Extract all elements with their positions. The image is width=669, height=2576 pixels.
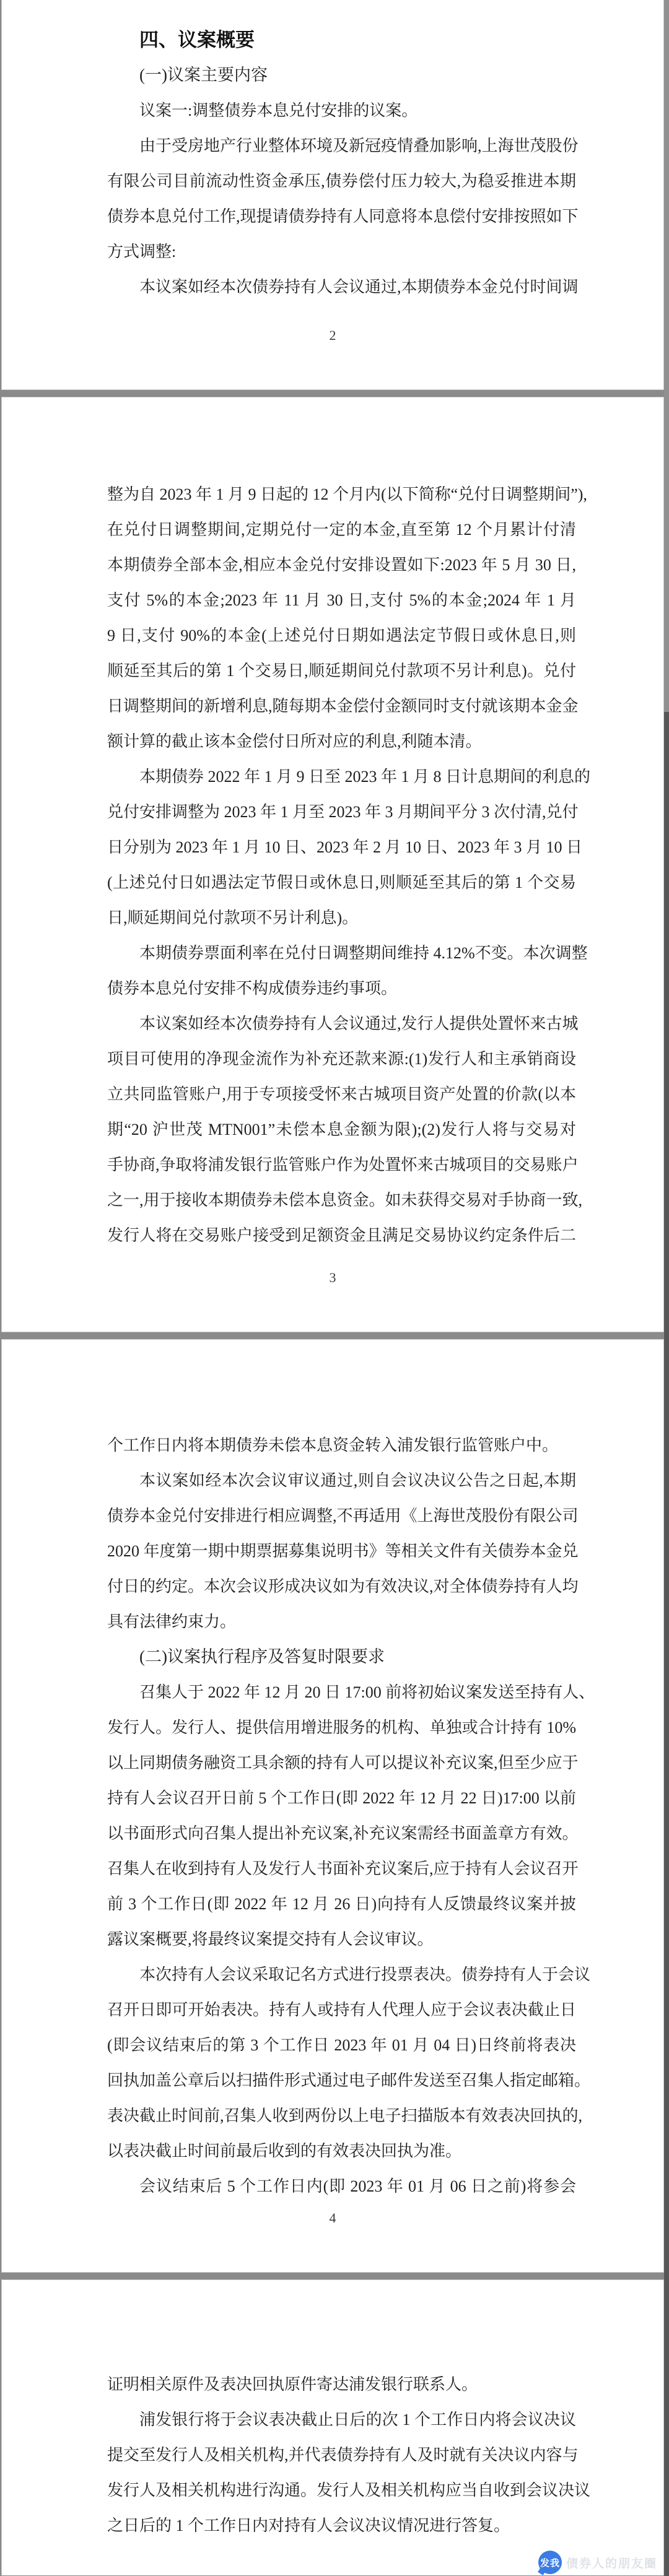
text-line: 召集人在收到持有人及发行人书面补充议案后,应于持有人会议召开 [107, 1851, 576, 1886]
text-line: 额计算的截止该本金偿付日所对应的利息,利随本清。 [107, 724, 576, 759]
document-page: 个工作日内将本期债券未偿本息资金转入浦发银行监管账户中。本议案如经本次会议审议通… [1, 1339, 664, 2273]
text-line: 付日的约定。本次会议形成决议如为有效决议,对全体债券持有人均 [107, 1569, 576, 1604]
page-number: 2 [2, 326, 663, 345]
text-line: 方式调整: [107, 234, 576, 269]
text-line: 9 日,支付 90%的本金(上述兑付日期如遇法定节假日或休息日,则 [107, 618, 576, 653]
text-line: 本次持有人会议采取记名方式进行投票表决。债券持有人于会议 [107, 1957, 576, 1992]
text-line: 在兑付日调整期间,定期兑付一定的本金,直至第 12 个月累计付清 [107, 512, 576, 547]
text-line: 债券本息兑付安排不构成债券违约事项。 [107, 971, 576, 1006]
text-line: 以上同期债务融资工具余额的持有人可以提议补充议案,但至少应于 [107, 1745, 576, 1780]
text-line: 手协商,争取将浦发银行监管账户作为处置怀来古城项目的交易账户 [107, 1147, 576, 1182]
text-line: 回执加盖公章后以扫描件形式通过电子邮件发送至召集人指定邮箱。 [107, 2063, 576, 2098]
text-line: 发行人。发行人、提供信用增进服务的机构、单独或合计持有 10% [107, 1710, 576, 1745]
text-line: 浦发银行将于会议表决截止日后的次 1 个工作日内将会议决议 [107, 2402, 576, 2437]
text-line: 债券本息兑付工作,现提请债券持有人同意将本息偿付安排按照如下 [107, 199, 576, 234]
text-line: 个工作日内将本期债券未偿本息资金转入浦发银行监管账户中。 [107, 1428, 576, 1463]
text-line: 证明相关原件及表决回执原件寄达浦发银行联系人。 [107, 2367, 576, 2402]
brand-watermark: 发我债券人的朋友圈 [538, 2551, 657, 2574]
text-line: 具有法律约束力。 [107, 1604, 576, 1639]
text-line: (即会议结束后的第 3 个工作日 2023 年 01 月 04 日)日终前将表决 [107, 2027, 576, 2063]
text-line: 召集人于 2022 年 12 月 20 日 17:00 前将初始议案发送至持有人… [107, 1675, 576, 1710]
document-page: 证明相关原件及表决回执原件寄达浦发银行联系人。浦发银行将于会议表决截止日后的次 … [1, 2279, 664, 2575]
subsection-heading: (二)议案执行程序及答复时限要求 [107, 1639, 576, 1675]
text-line: 持有人会议召开日前 5 个工作日(即 2022 年 12 月 22 日)17:0… [107, 1780, 576, 1816]
document-page: 四、议案概要(一)议案主要内容议案一:调整债券本息兑付安排的议案。由于受房地产行… [1, 0, 664, 390]
text-line: 日分别为 2023 年 1 月 10 日、2023 年 2 月 10 日、202… [107, 830, 576, 865]
text-line: 期“20 沪世茂 MTN001”未偿本息金额为限);(2)发行人将与交易对 [107, 1112, 576, 1147]
text-line: 支付 5%的本金;2023 年 11 月 30 日,支付 5%的本金;2024 … [107, 583, 576, 618]
text-line: 以书面形式向召集人提出补充议案,补充议案需经书面盖章方有效。 [107, 1816, 576, 1851]
text-line: 会议结束后 5 个工作日内(即 2023 年 01 月 06 日之前)将参会 [107, 2169, 576, 2204]
text-line: 发行人将在交易账户接受到足额资金且满足交易协议约定条件后二 [107, 1218, 576, 1253]
text-line: 2020 年度第一期中期票据募集说明书》等相关文件有关债券本金兑 [107, 1533, 576, 1569]
text-line: 本期债券票面利率在兑付日调整期间维持 4.12%不变。本次调整 [107, 935, 576, 971]
scrollbar-thumb[interactable] [664, 0, 669, 712]
text-line: 债券本金兑付安排进行相应调整,不再适用《上海世茂股份有限公司 [107, 1498, 576, 1533]
text-line: 本期债券 2022 年 1 月 9 日至 2023 年 1 月 8 日计息期间的… [107, 759, 576, 794]
text-line: 前 3 个工作日(即 2022 年 12 月 26 日)向持有人反馈最终议案并披 [107, 1886, 576, 1922]
text-line: 立共同监管账户,用于专项接受怀来古城项目资产处置的价款(以本 [107, 1077, 576, 1112]
text-line: 由于受房地产行业整体环境及新冠疫情叠加影响,上海世茂股份 [107, 128, 576, 163]
text-line: 发行人及相关机构进行沟通。发行人及相关机构应当自收到会议决议 [107, 2473, 576, 2508]
text-line: 有限公司目前流动性资金承压,债券偿付压力较大,为稳妥推进本期 [107, 163, 576, 199]
text-line: 日,顺延期间兑付款项不另计利息)。 [107, 900, 576, 935]
watermark-text: 债券人的朋友圈 [566, 2554, 657, 2571]
text-line: 本期债券全部本金,相应本金兑付安排设置如下:2023 年 5 月 30 日, [107, 547, 576, 583]
text-line: 本议案如经本次会议审议通过,则自会议决议公告之日起,本期 [107, 1463, 576, 1498]
text-line: 整为自 2023 年 1 月 9 日起的 12 个月内(以下简称“兑付日调整期间… [107, 477, 576, 512]
document-page: 整为自 2023 年 1 月 9 日起的 12 个月内(以下简称“兑付日调整期间… [1, 397, 664, 1332]
text-line: (上述兑付日如遇法定节假日或休息日,则顺延至其后的第 1 个交易 [107, 865, 576, 900]
text-line: 日调整期间的新增利息,随每期本金偿付金额同时支付就该期本金金 [107, 688, 576, 724]
page-number: 3 [2, 1268, 663, 1287]
text-line: 提交至发行人及相关机构,并代表债券持有人及时就有关决议内容与 [107, 2437, 576, 2473]
scrollbar-track[interactable] [664, 0, 669, 2576]
text-line: 表决截止时间前,召集人收到两份以上电子扫描版本有效表决回执的, [107, 2098, 576, 2133]
subsection-heading: (一)议案主要内容 [107, 58, 576, 93]
page-number: 4 [2, 2209, 663, 2227]
text-line: 本议案如经本次债券持有人会议通过,本期债券本金兑付时间调 [107, 269, 576, 305]
section-heading: 四、议案概要 [107, 22, 576, 58]
text-line: 项目可使用的净现金流作为补充还款来源:(1)发行人和主承销商设 [107, 1041, 576, 1077]
text-line: 兑付安排调整为 2023 年 1 月至 2023 年 3 月期间平分 3 次付清… [107, 794, 576, 830]
text-line: 之一,用于接收本期债券未偿本息资金。如未获得交易对手协商一致, [107, 1182, 576, 1218]
text-line: 露议案概要,将最终议案提交持有人会议审议。 [107, 1922, 576, 1957]
text-line: 召开日即可开始表决。持有人或持有人代理人应于会议表决截止日 [107, 1992, 576, 2027]
text-line: 议案一:调整债券本息兑付安排的议案。 [107, 93, 576, 128]
text-line: 之日后的 1 个工作日内对持有人会议决议情况进行答复。 [107, 2508, 576, 2543]
document-viewport: 四、议案概要(一)议案主要内容议案一:调整债券本息兑付安排的议案。由于受房地产行… [0, 0, 669, 2576]
text-line: 本议案如经本次债券持有人会议通过,发行人提供处置怀来古城 [107, 1006, 576, 1041]
text-line: 以表决截止时间前最后收到的有效表决回执为准。 [107, 2133, 576, 2169]
chat-bubble-logo-icon: 发我 [538, 2551, 562, 2574]
text-line: 顺延至其后的第 1 个交易日,顺延期间兑付款项不另计利息)。兑付 [107, 653, 576, 688]
